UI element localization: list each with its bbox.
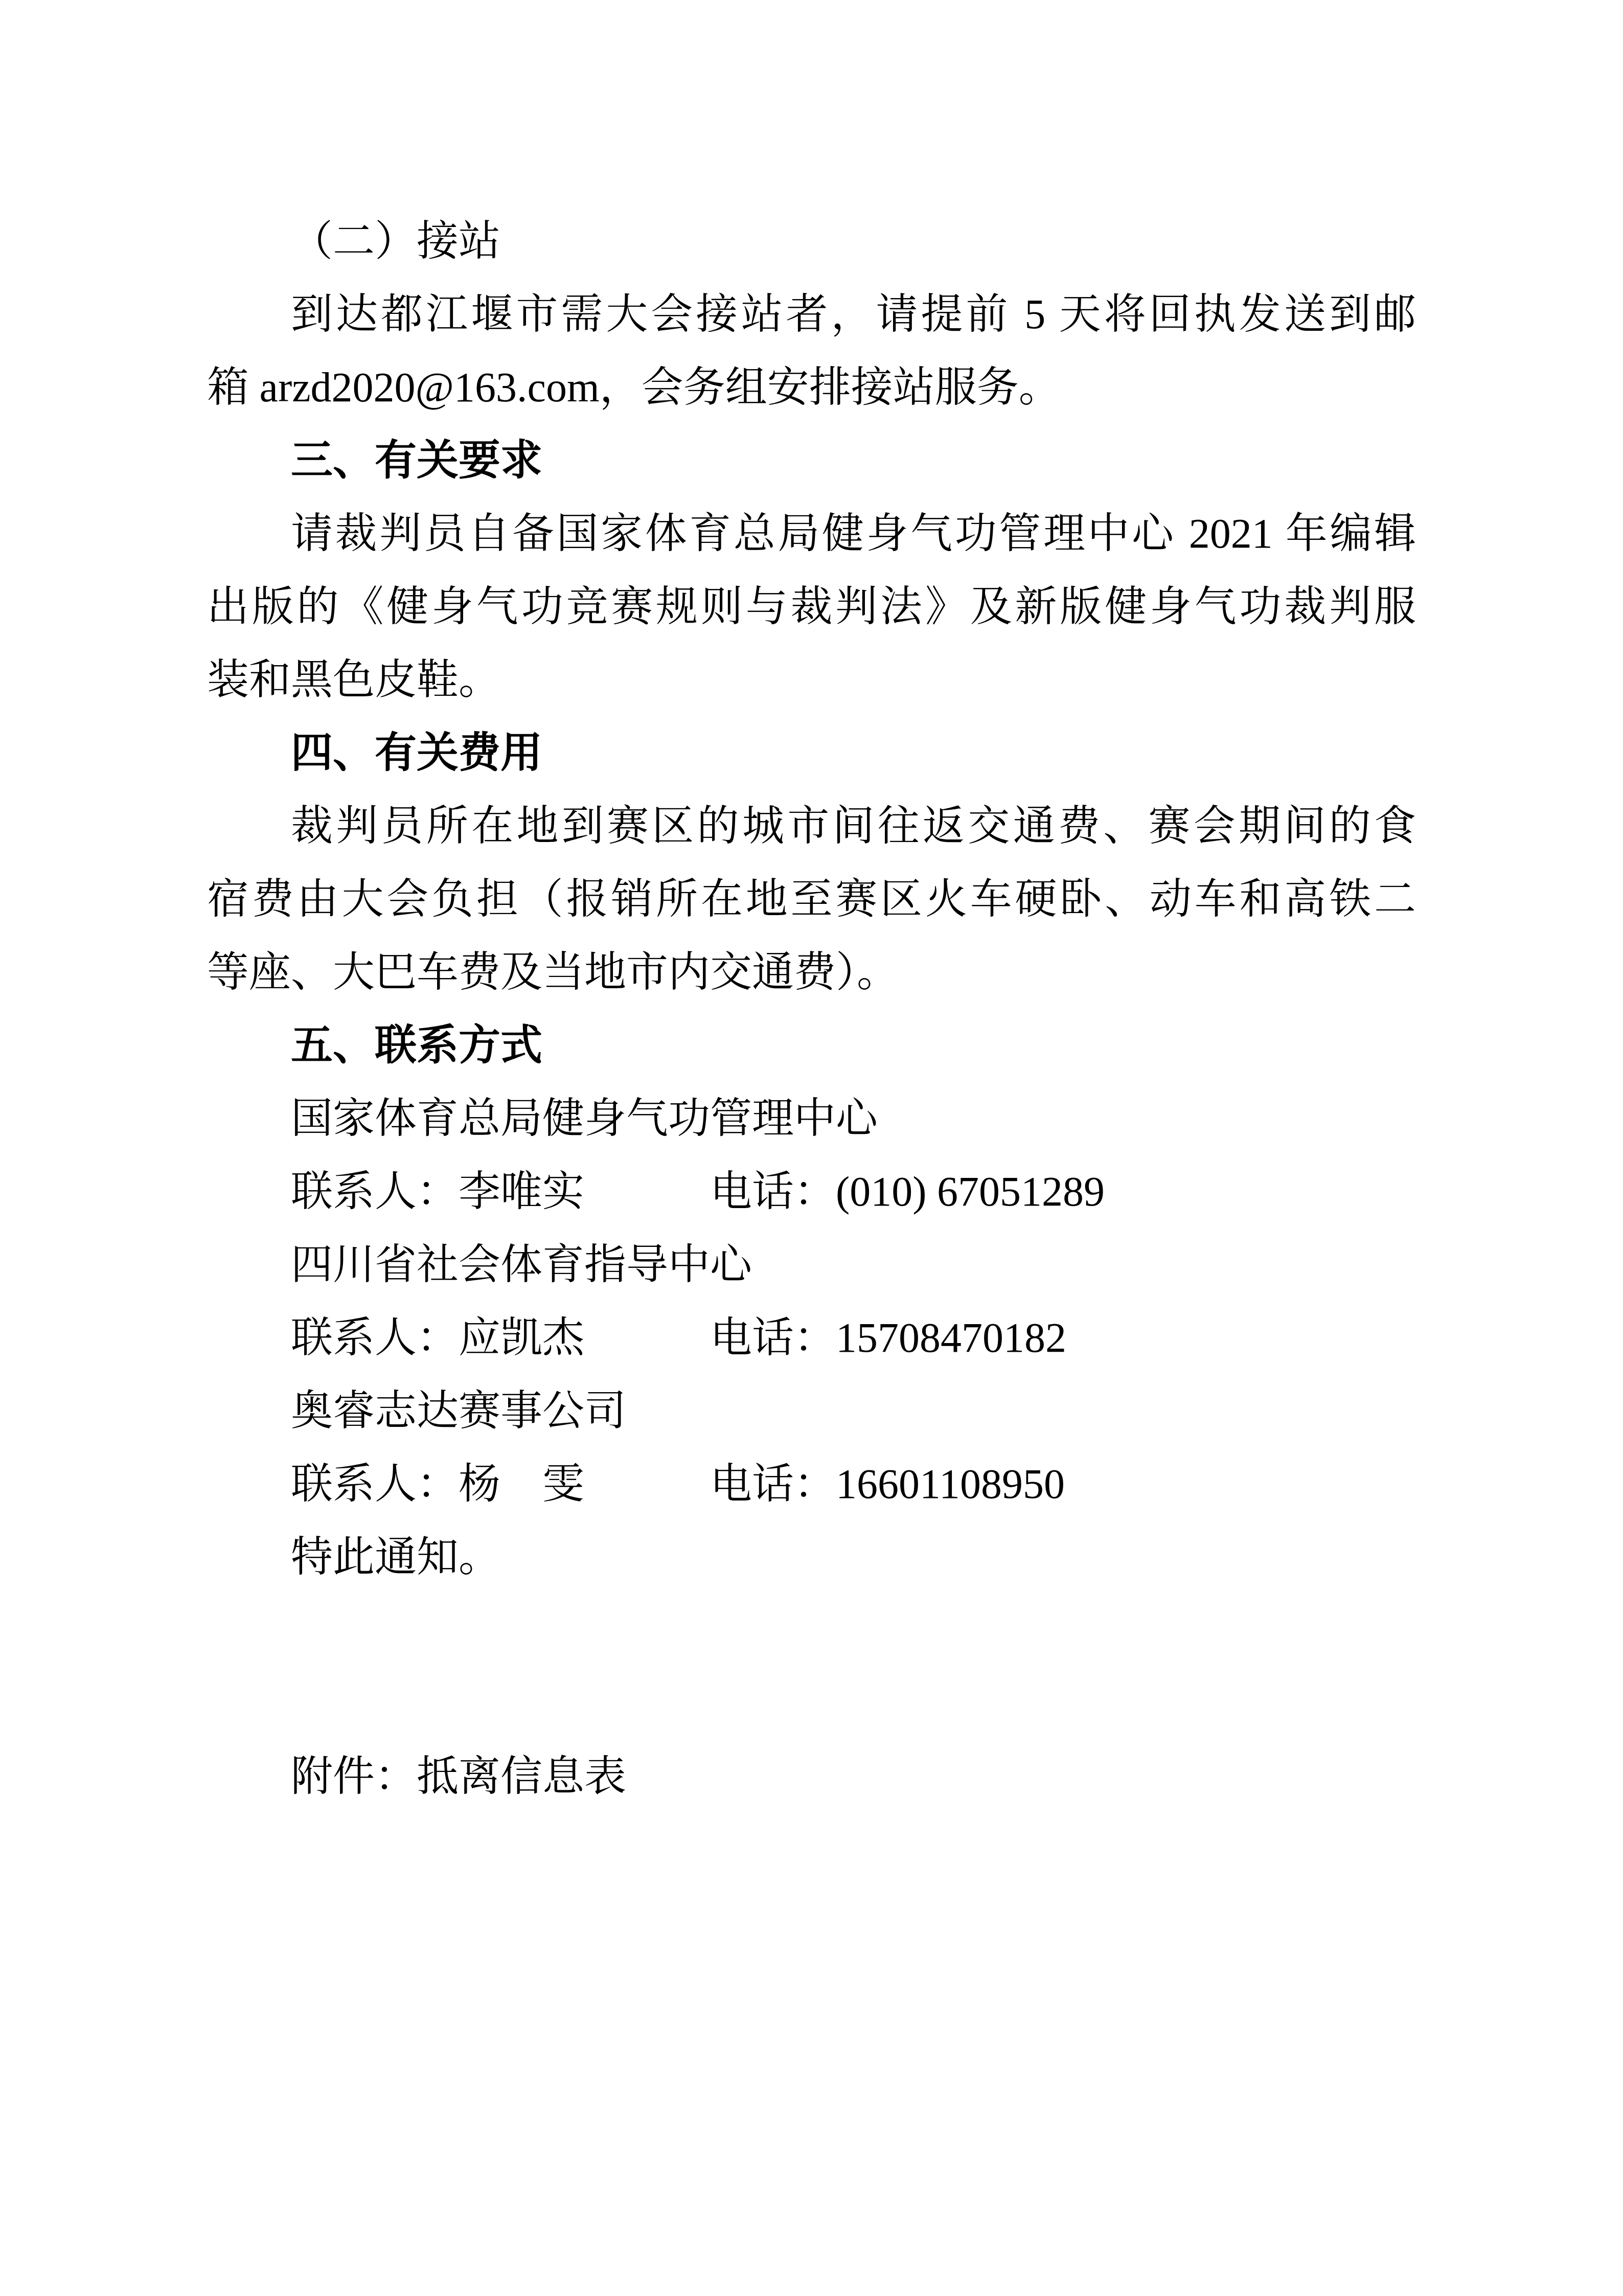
blank-line [207, 1594, 1416, 1667]
document-line: 四川省社会体育指导中心 [207, 1228, 1416, 1301]
document-line: 箱 arzd2020@163.com，会务组安排接站服务。 [207, 351, 1416, 424]
document-line: 联系人：应凯杰 电话：15708470182 [207, 1301, 1416, 1374]
document-line: 请裁判员自备国家体育总局健身气功管理中心 2021 年编辑 [207, 497, 1416, 570]
document-line: 宿费由大会负担（报销所在地至赛区火车硬卧、动车和高铁二 [207, 862, 1416, 936]
document-line: 到达都江堰市需大会接站者，请提前 5 天将回执发送到邮 [207, 278, 1416, 351]
section-heading: 三、有关要求 [207, 424, 1416, 497]
blank-line [207, 1667, 1416, 1740]
document-line: 联系人：杨 雯 电话：16601108950 [207, 1447, 1416, 1520]
document-page: （二）接站到达都江堰市需大会接站者，请提前 5 天将回执发送到邮箱 arzd20… [0, 0, 1623, 2296]
document-body: （二）接站到达都江堰市需大会接站者，请提前 5 天将回执发送到邮箱 arzd20… [207, 204, 1416, 1813]
document-line: 装和黑色皮鞋。 [207, 643, 1416, 716]
document-line: 裁判员所在地到赛区的城市间往返交通费、赛会期间的食 [207, 789, 1416, 862]
document-line: 附件：抵离信息表 [207, 1740, 1416, 1813]
document-line: 等座、大巴车费及当地市内交通费）。 [207, 936, 1416, 1009]
document-line: 特此通知。 [207, 1520, 1416, 1594]
section-heading: 五、联系方式 [207, 1009, 1416, 1082]
section-heading: 四、有关费用 [207, 716, 1416, 789]
document-line: （二）接站 [207, 204, 1416, 278]
document-line: 国家体育总局健身气功管理中心 [207, 1082, 1416, 1155]
document-line: 出版的《健身气功竞赛规则与裁判法》及新版健身气功裁判服 [207, 570, 1416, 643]
document-line: 奥睿志达赛事公司 [207, 1374, 1416, 1447]
document-line: 联系人：李唯实 电话：(010) 67051289 [207, 1155, 1416, 1228]
